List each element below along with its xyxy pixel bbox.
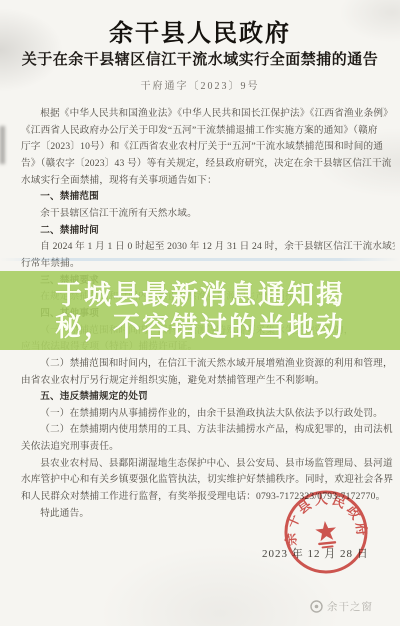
scanned-notice-page: 余干县人民政府 关于在余干县辖区信江干流水域实行全面禁捕的通告 干府通字〔202… — [0, 0, 400, 626]
document-line: （一）在禁捕期内从事捕捞作业的，由余干县渔政执法大队依法予以行政处罚。 — [21, 406, 395, 423]
headline-line-2: 秘，不容错过的当地动 — [55, 311, 345, 343]
document-line: 根据《中华人民共和国渔业法》《中华人民共和国长江保护法》《江西省渔业条例》 — [21, 106, 395, 123]
document-line: 五、违反禁捕规定的处罚 — [21, 389, 395, 406]
notice-subtitle: 关于在余干县辖区信江干流水域实行全面禁捕的通告 — [0, 48, 400, 69]
document-line: 水域实行全面禁捕，现将有关事项通告如下： — [21, 173, 395, 190]
document-number: 干府通字〔2023〕9号 — [0, 77, 400, 92]
headline-line-1: 于城县最新消息通知揭 — [55, 279, 345, 311]
document-line: 《江西省人民政府办公厅关于印发“五河”干流禁捕退捕工作实施方案的通知》（赣府 — [21, 123, 395, 140]
svg-text:余干县人民政府: 余干县人民政府 — [279, 488, 370, 547]
document-line: 厅字〔2023〕10号）和《江西省农业农村厅关于“五河”干流水域禁捕范围和时间的… — [21, 139, 395, 156]
document-line: 关依法追究刑事责任。 — [21, 439, 395, 456]
document-line: 余干县辖区信江干流所有天然水域。 — [21, 206, 395, 223]
document-line: 二、禁捕时间 — [21, 223, 395, 240]
national-emblem-icon — [315, 520, 339, 549]
document-line: （二）在禁捕期内使用禁用的工具、方法非法捕捞水产品，构成犯罪的，由司法机 — [21, 422, 395, 439]
government-seal: 余干县人民政府 — [277, 483, 376, 582]
watermark-logo-icon — [310, 600, 323, 613]
document-line: 自 2024 年 1 月 1 日 0 时起至 2030 年 12 月 31 日 … — [21, 239, 395, 256]
document-line: 由省农业农村厅另行规定并组织实施，避免对禁捕管理产生不利影响。 — [21, 373, 395, 390]
document-line: （二）禁捕范围和时间内，在信江干流天然水域开展增殖渔业资源的利用和管理， — [21, 356, 395, 373]
site-watermark: 余干之窗 — [310, 599, 373, 614]
document-line: 一、禁捕范围 — [21, 189, 395, 206]
scan-artifact-line — [0, 258, 400, 261]
document-line: 县农业农村局、县鄱阳湖湿地生态保护中心、县公安局、县市场监管理局、县河道 — [21, 456, 395, 473]
document-line: 告》（赣农字〔2023〕43 号）等有关规定，经县政府研究，决定在余干县辖区信江… — [21, 156, 395, 173]
seal-text: 余干县人民政府 — [279, 488, 370, 547]
page-title: 余干县人民政府 — [0, 13, 400, 48]
scan-smudge — [0, 126, 5, 164]
headline-banner: 于城县最新消息通知揭 秘，不容错过的当地动 — [0, 271, 400, 350]
watermark-text: 余干之窗 — [327, 599, 373, 614]
